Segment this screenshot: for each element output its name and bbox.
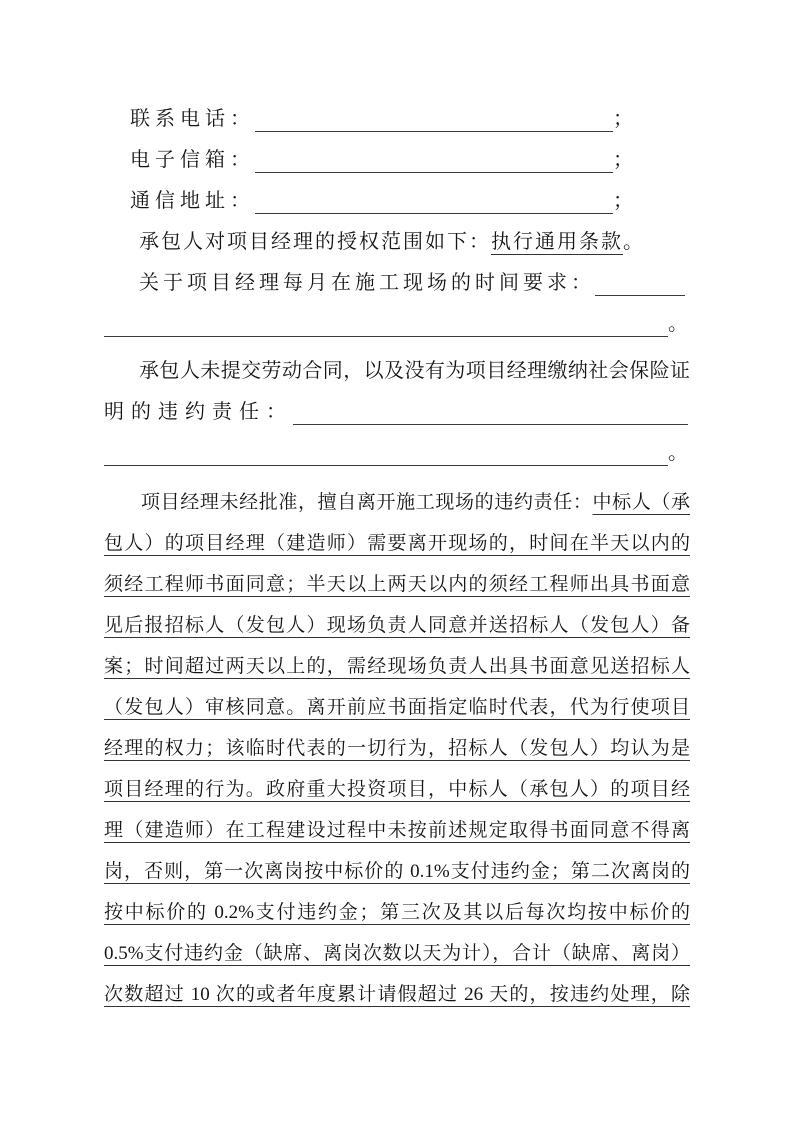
leave-liability-line-12: 0.5%支付违约金（缺席、离岗次数以天为计），合计（缺席、离岗） bbox=[104, 933, 690, 974]
leave-liability-line-4: 见后报招标人（发包人）现场负责人同意并送招标人（发包人）备 bbox=[104, 605, 690, 646]
leave-liability-text: 理（建造师）在工程建设过程中未按前述规定取得书面同意不得离 bbox=[104, 820, 690, 841]
labor-contract-continuation-line: 。 bbox=[104, 433, 690, 474]
time-requirement-label: 关于项目经理每月在施工现场的时间要求： bbox=[139, 272, 595, 294]
address-line: 通信地址：； bbox=[104, 181, 690, 222]
leave-liability-line-7: 经理的权力；该临时代表的一切行为，招标人（发包人）均认为是 bbox=[104, 728, 690, 769]
contract-document-page: 联系电话：； 电子信箱：； 通信地址：； 承包人对项目经理的授权范围如下：执行通… bbox=[0, 0, 794, 1122]
leave-liability-line-3: 须经工程师书面同意；半天以上两天以内的须经工程师出具书面意 bbox=[104, 564, 690, 605]
leave-liability-line-13: 次数超过 10 次的或者年度累计请假超过 26 天的，按违约处理，除 bbox=[104, 974, 690, 1015]
leave-liability-text: 见后报招标人（发包人）现场负责人同意并送招标人（发包人）备 bbox=[104, 615, 690, 636]
authorization-prefix: 承包人对项目经理的授权范围如下： bbox=[139, 231, 491, 253]
time-requirement-blank-field[interactable] bbox=[595, 275, 685, 296]
leave-liability-text: 岗，否则，第一次离岗按中标价的 0.1%支付违约金；第二次离岗的 bbox=[104, 861, 690, 882]
labor-contract-text: 承包人未提交劳动合同，以及没有为项目经理缴纳社会保险证 bbox=[139, 360, 690, 382]
labor-contract-line-1: 承包人未提交劳动合同，以及没有为项目经理缴纳社会保险证 bbox=[104, 351, 690, 392]
contact-phone-label: 联系电话： bbox=[130, 108, 255, 130]
leave-liability-line-8: 项目经理的行为。政府重大投资项目，中标人（承包人）的项目经 bbox=[104, 769, 690, 810]
labor-contract-blank-field[interactable] bbox=[293, 404, 688, 425]
labor-contract-line-2: 明的违约责任： bbox=[104, 392, 690, 433]
time-requirement-blank-field-2[interactable] bbox=[104, 316, 668, 337]
address-tail: ； bbox=[613, 190, 638, 212]
document-content: 联系电话：； 电子信箱：； 通信地址：； 承包人对项目经理的授权范围如下：执行通… bbox=[104, 99, 690, 1015]
labor-contract-label: 明的违约责任： bbox=[104, 401, 293, 423]
leave-liability-line-11: 按中标价的 0.2%支付违约金；第三次及其以后每次均按中标价的 bbox=[104, 892, 690, 933]
leave-liability-underlined-start: 中标人（承 bbox=[592, 492, 690, 513]
time-requirement-continuation-line: 。 bbox=[104, 304, 690, 345]
contact-phone-tail: ； bbox=[613, 108, 638, 130]
time-requirement-period: 。 bbox=[668, 313, 688, 335]
email-line: 电子信箱：； bbox=[104, 140, 690, 181]
authorization-line: 承包人对项目经理的授权范围如下：执行通用条款。 bbox=[104, 222, 690, 263]
email-tail: ； bbox=[613, 149, 638, 171]
authorization-underlined-value: 执行通用条款 bbox=[491, 231, 623, 253]
leave-liability-text: （发包人）审核同意。离开前应书面指定临时代表，代为行使项目 bbox=[104, 697, 690, 718]
leave-liability-line-2: 包人）的项目经理（建造师）需要离开现场的，时间在半天以内的 bbox=[104, 523, 690, 564]
time-requirement-line: 关于项目经理每月在施工现场的时间要求： bbox=[104, 263, 690, 304]
contact-phone-blank-field[interactable] bbox=[255, 111, 613, 132]
leave-liability-text: 按中标价的 0.2%支付违约金；第三次及其以后每次均按中标价的 bbox=[104, 902, 690, 923]
authorization-suffix: 。 bbox=[623, 231, 645, 253]
leave-liability-text: 包人）的项目经理（建造师）需要离开现场的，时间在半天以内的 bbox=[104, 533, 690, 554]
labor-contract-blank-field-2[interactable] bbox=[104, 445, 668, 466]
leave-liability-text: 案；时间超过两天以上的，需经现场负责人出具书面意见送招标人 bbox=[104, 656, 690, 677]
email-label: 电子信箱： bbox=[130, 149, 255, 171]
address-blank-field[interactable] bbox=[255, 193, 613, 214]
labor-contract-period: 。 bbox=[668, 442, 688, 464]
leave-liability-line-10: 岗，否则，第一次离岗按中标价的 0.1%支付违约金；第二次离岗的 bbox=[104, 851, 690, 892]
leave-liability-text: 项目经理的行为。政府重大投资项目，中标人（承包人）的项目经 bbox=[104, 779, 690, 800]
leave-liability-text: 须经工程师书面同意；半天以上两天以内的须经工程师出具书面意 bbox=[104, 574, 690, 595]
contact-phone-line: 联系电话：； bbox=[104, 99, 690, 140]
leave-liability-line-9: 理（建造师）在工程建设过程中未按前述规定取得书面同意不得离 bbox=[104, 810, 690, 851]
email-blank-field[interactable] bbox=[255, 152, 613, 173]
leave-liability-prefix: 项目经理未经批准，擅自离开施工现场的违约责任： bbox=[141, 492, 592, 513]
address-label: 通信地址： bbox=[130, 190, 255, 212]
leave-liability-line-1: 项目经理未经批准，擅自离开施工现场的违约责任：中标人（承 bbox=[104, 482, 690, 523]
leave-liability-line-5: 案；时间超过两天以上的，需经现场负责人出具书面意见送招标人 bbox=[104, 646, 690, 687]
leave-liability-text: 次数超过 10 次的或者年度累计请假超过 26 天的，按违约处理，除 bbox=[104, 984, 690, 1005]
leave-liability-line-6: （发包人）审核同意。离开前应书面指定临时代表，代为行使项目 bbox=[104, 687, 690, 728]
leave-liability-text: 经理的权力；该临时代表的一切行为，招标人（发包人）均认为是 bbox=[104, 738, 690, 759]
leave-liability-text: 0.5%支付违约金（缺席、离岗次数以天为计），合计（缺席、离岗） bbox=[104, 943, 690, 964]
